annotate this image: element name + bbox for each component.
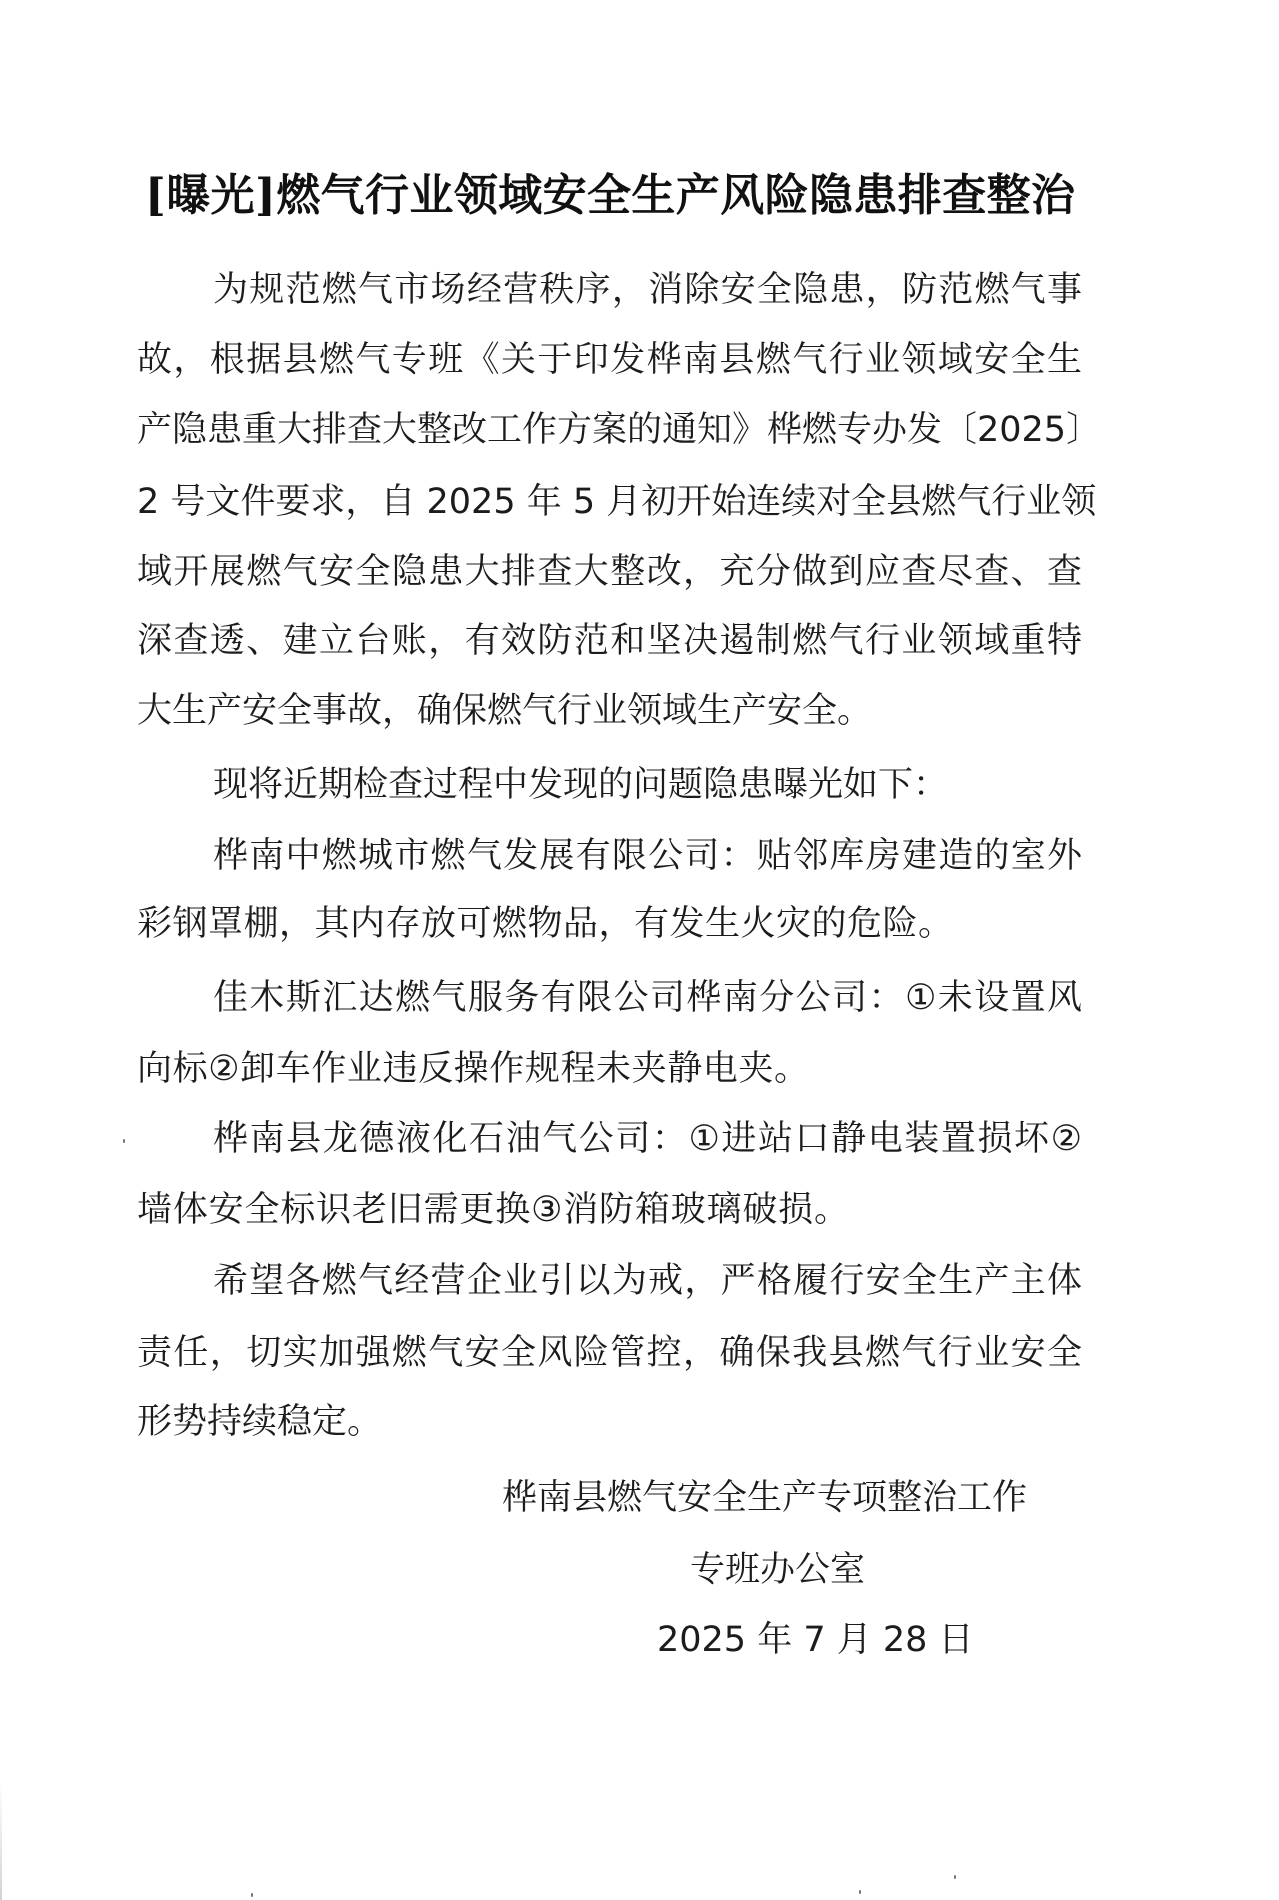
scan-edge-artifact <box>0 1780 2 1900</box>
document-title: [曝光]燃气行业领域安全生产风险隐患排查整治 <box>145 168 1075 224</box>
paragraph-line: 责任，切实加强燃气安全风险管控，确保我县燃气行业安全 <box>137 1330 1082 1376</box>
paragraph-line: 桦南中燃城市燃气发展有限公司：贴邻库房建造的室外 <box>213 833 1082 879</box>
paragraph-line: 域开展燃气安全隐患大排查大整改，充分做到应查尽查、查 <box>137 549 1082 595</box>
paragraph-line: 希望各燃气经营企业引以为戒，严格履行安全生产主体 <box>213 1258 1082 1304</box>
signature-org-line2: 专班办公室 <box>690 1547 842 1593</box>
signature-org-line1: 桦南县燃气安全生产专项整治工作 <box>502 1475 973 1521</box>
scan-speck <box>123 1139 125 1143</box>
scan-speck <box>251 1893 253 1897</box>
paragraph-line: 产隐患重大排查大整改工作方案的通知》桦燃专办发〔2025〕 <box>137 407 1082 453</box>
paragraph-line: 桦南县龙德液化石油气公司：①进站口静电装置损坏② <box>213 1116 1082 1162</box>
paragraph-line: 墙体安全标识老旧需更换③消防箱玻璃破损。 <box>137 1187 849 1233</box>
document-page: [曝光]燃气行业领域安全生产风险隐患排查整治 为规范燃气市场经营秩序，消除安全隐… <box>0 0 1279 1900</box>
paragraph-line: 2 号文件要求，自 2025 年 5 月初开始连续对全县燃气行业领 <box>137 479 1082 525</box>
scan-speck <box>954 1875 956 1879</box>
paragraph-line: 为规范燃气市场经营秩序，消除安全隐患，防范燃气事 <box>213 267 1082 313</box>
paragraph-line: 现将近期检查过程中发现的问题隐患曝光如下： <box>213 762 947 808</box>
signature-date: 2025 年 7 月 28 日 <box>657 1617 895 1663</box>
paragraph-line: 大生产安全事故，确保燃气行业领域生产安全。 <box>137 688 871 734</box>
paragraph-line: 形势持续稳定。 <box>137 1399 372 1445</box>
paragraph-line: 佳木斯汇达燃气服务有限公司桦南分公司：①未设置风 <box>213 975 1082 1021</box>
paragraph-line: 向标②卸车作业违反操作规程未夹静电夹。 <box>137 1046 809 1092</box>
paragraph-line: 深查透、建立台账，有效防范和坚决遏制燃气行业领域重特 <box>137 618 1082 664</box>
paragraph-line: 彩钢罩棚，其内存放可燃物品，有发生火灾的危险。 <box>137 901 953 947</box>
paragraph-line: 故，根据县燃气专班《关于印发桦南县燃气行业领域安全生 <box>137 337 1082 383</box>
scan-speck <box>859 1890 861 1894</box>
